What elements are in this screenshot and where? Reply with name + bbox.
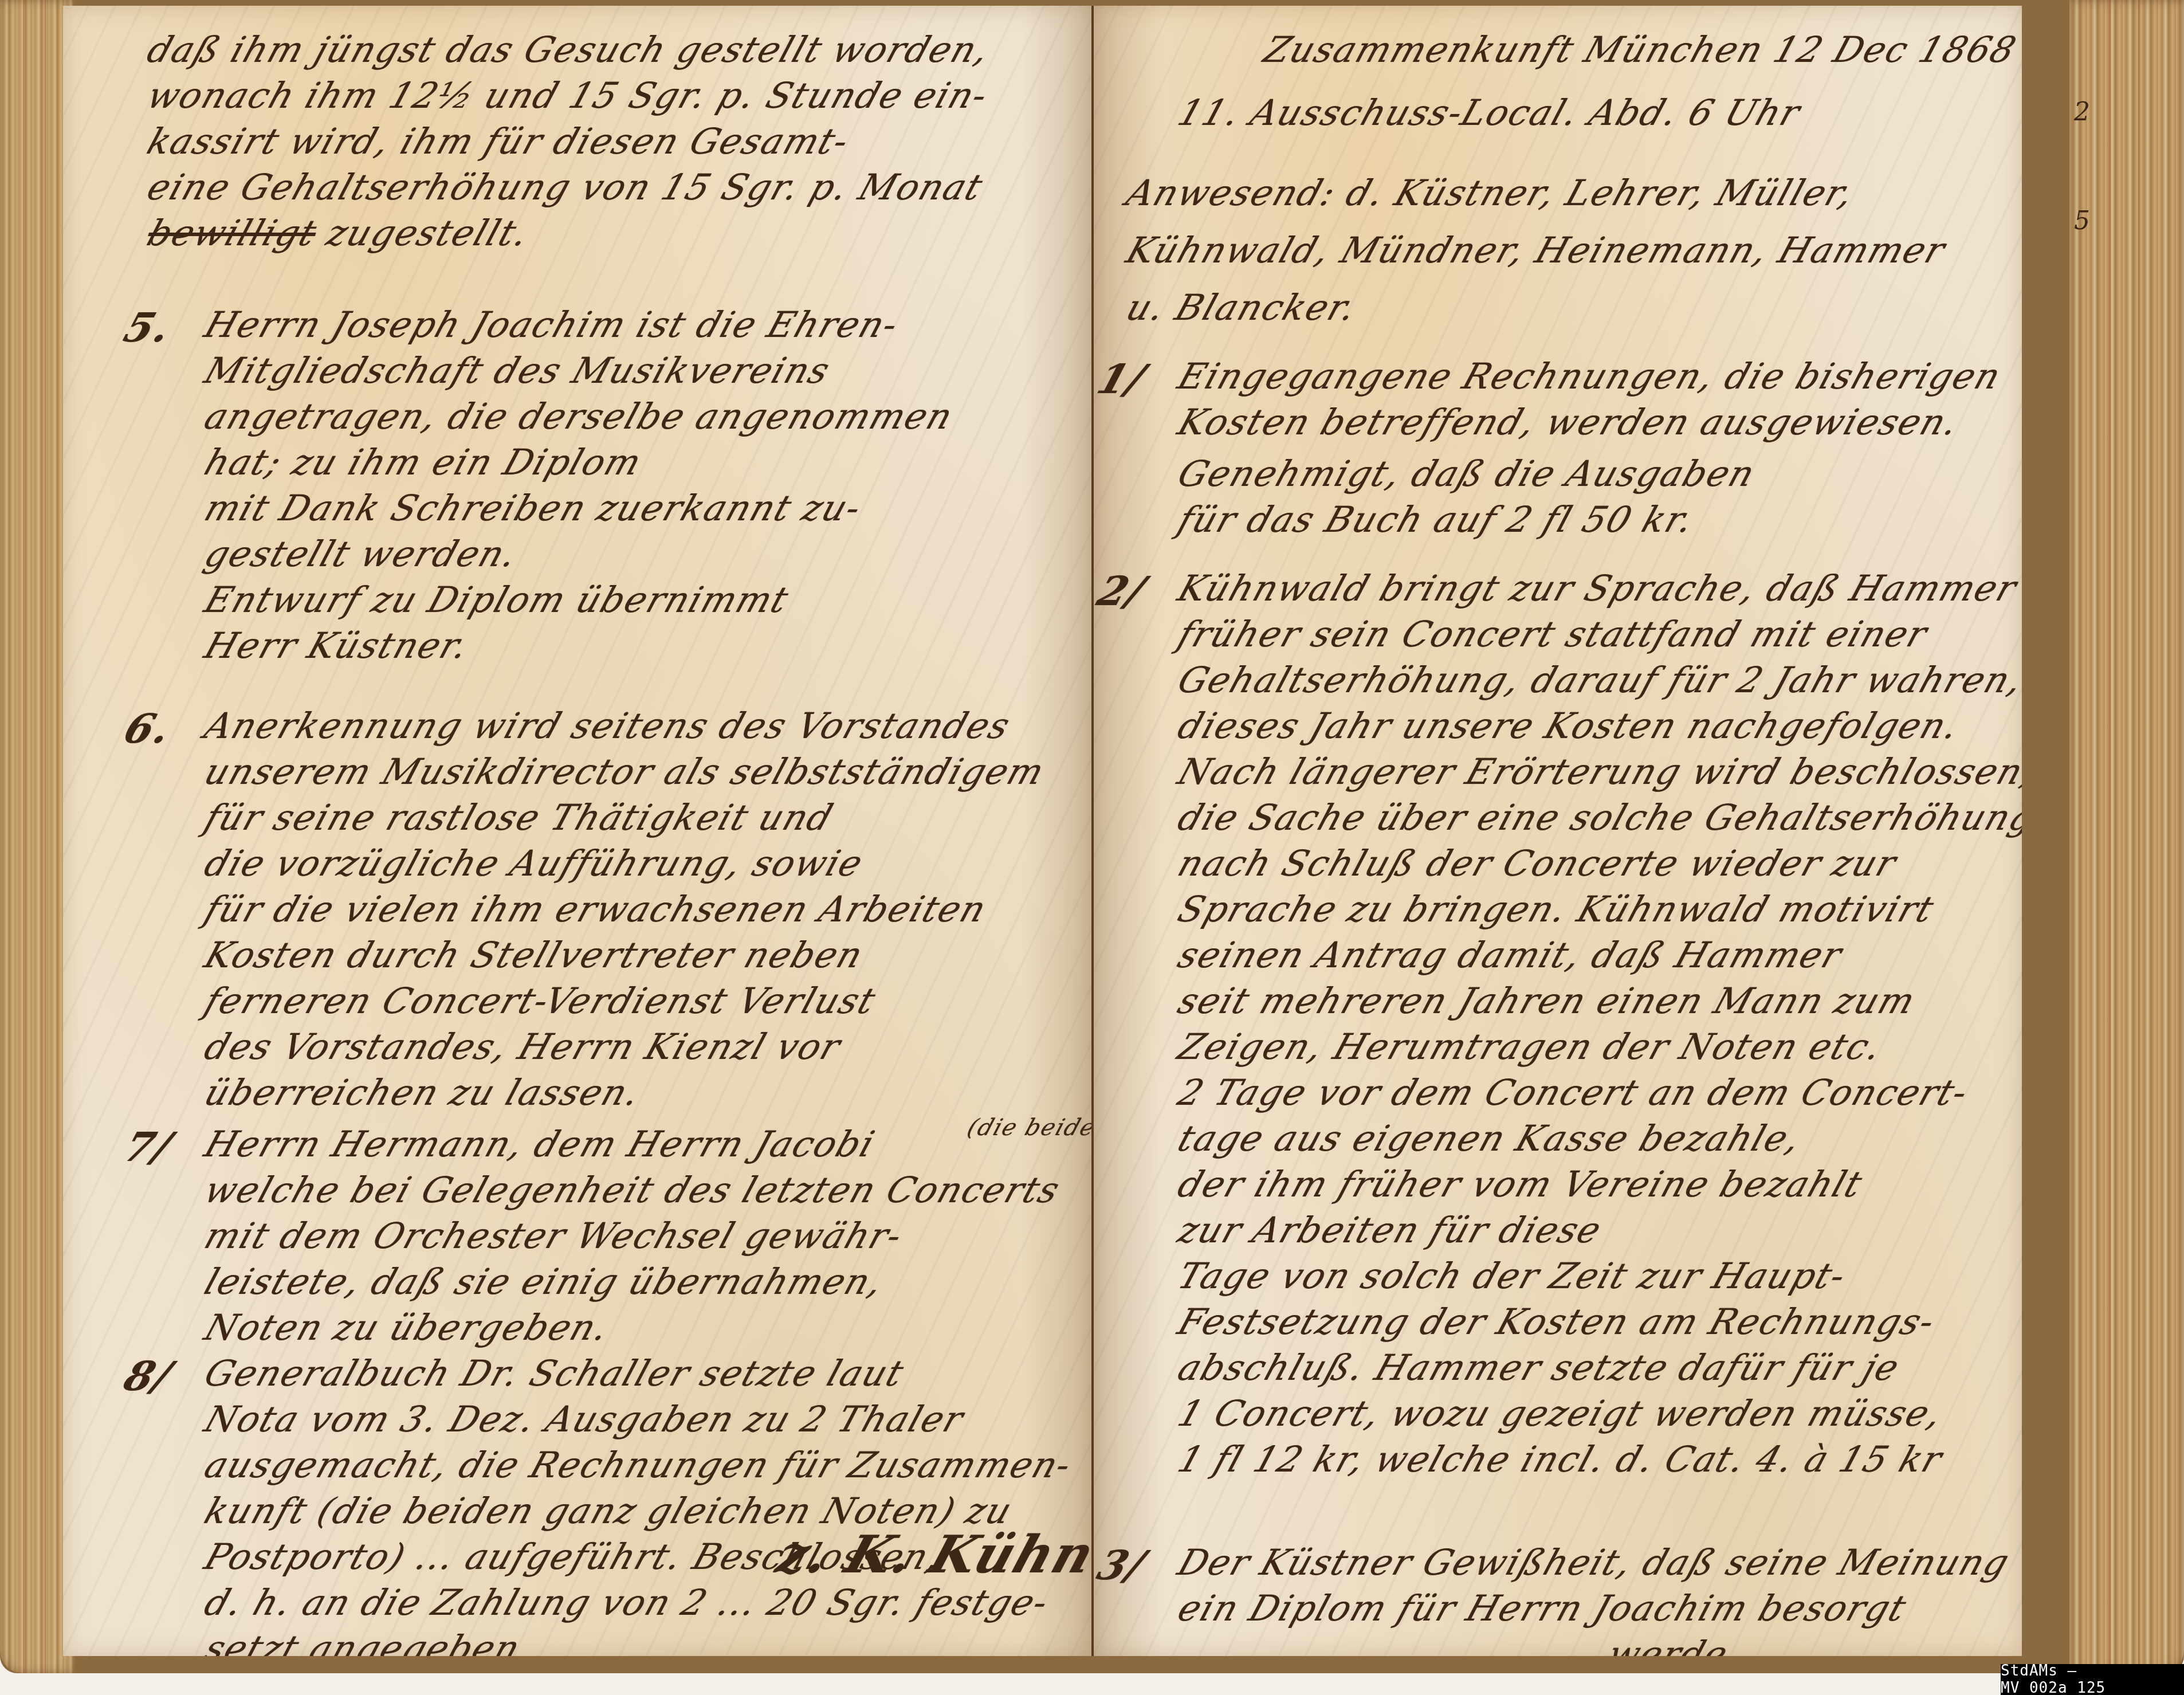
right-text-line: 1 Concert, wozu gezeigt werden müsse, [1173,1392,1949,1434]
left-text-line: wonach ihm 12½ und 15 Sgr. p. Stunde ein… [142,74,993,116]
left-page: daß ihm jüngst das Gesuch gestellt worde… [63,6,1094,1656]
right-text-line: Gehaltserhöhung, darauf für 2 Jahr wahre… [1173,659,2022,701]
right-text-line: für das Buch auf 2 fl 50 kr. [1173,499,1700,540]
right-text-line: früher sein Concert stattfand mit einer [1173,613,1933,655]
right-text-line: seit mehreren Jahren einen Mann zum [1173,980,1921,1022]
right-text-line: Sprache zu bringen. Kühnwald motivirt [1173,888,1940,930]
item-number: 6. [119,705,178,752]
left-text-line: angetragen, die derselbe angenommen [199,395,959,437]
right-text-line: der ihm früher vom Vereine bezahlt [1173,1163,1868,1205]
left-text-line: kassirt wird, ihm für diesen Gesamt- [142,120,855,162]
left-text-line: d. h. an die Zahlung von 2 ... 20 Sgr. f… [199,1582,1054,1623]
right-text-line: ein Diplom für Herrn Joachim besorgt [1173,1587,1912,1629]
right-text-line: u. Blancker. [1121,287,1362,328]
left-text-line: setzt angegeben. [199,1627,539,1656]
left-text-line: Kosten durch Stellvertreter neben [199,934,869,976]
left-text-line: gestellt werden. [199,533,523,575]
left-text-line: hat; zu ihm ein Diplom [199,441,647,483]
right-text-line: Eingegangene Rechnungen, die bisherigen [1173,355,2007,397]
item-number: 8/ [119,1352,179,1400]
left-text-line: bewilligt zugestellt. [142,212,535,254]
signature: z. K. Kühnwald [769,1524,1094,1585]
item-number: 5. [119,304,178,351]
right-page: Zusammenkunft München 12 Dec 1868 im11. … [1094,6,2022,1656]
left-text-line: mit dem Orchester Wechsel gewähr- [199,1215,908,1257]
right-text-line: Anwesend: d. Küstner, Lehrer, Müller, [1121,172,1860,214]
archive-label: StdAMs – MV_002a_125 [2001,1664,2184,1695]
right-text-line: Kühnwald, Mündner, Heinemann, Hammer [1121,229,1951,271]
left-text-line: Entwurf zu Diplom übernimmt [199,579,795,621]
left-text-line: welche bei Gelegenheit des letzten Conce… [199,1169,1066,1211]
right-text-line: 1 fl 12 kr, welche incl. d. Cat. 4. à 15… [1173,1438,1948,1480]
left-text-line: des Vorstandes, Herrn Kienzl vor [199,1026,847,1068]
right-text-line: Zusammenkunft München 12 Dec 1868 im [1259,29,2022,70]
left-text-line: für die vielen ihm erwachsenen Arbeiten [199,888,992,930]
left-text-line: leistete, daß sie einig übernahmen, [199,1261,889,1302]
left-text-line: Herrn Joseph Joachim ist die Ehren- [199,304,904,346]
right-text-line: Kosten betreffend, werden ausgewiesen. [1173,401,1965,443]
right-text-line: werde. [1602,1633,1746,1656]
left-text-line: Mitgliedschaft des Musikvereins [199,350,836,391]
right-text-line: 11. Ausschuss-Local. Abd. 6 Uhr [1173,92,1806,134]
right-text-line: Kühnwald bringt zur Sprache, daß Hammer [1173,567,2022,609]
right-text-line: nach Schluß der Concerte wieder zur [1173,842,1902,884]
right-text-line: zur Arbeiten für diese [1173,1209,1607,1251]
right-text-line: tage aus eigenen Kasse bezahle, [1173,1117,1807,1159]
right-text-line: abschluß. Hammer setzte dafür für je [1173,1347,1906,1388]
right-text-line: Zeigen, Herumtragen der Noten etc. [1173,1026,1888,1068]
left-text-line: Herr Küstner. [199,625,474,666]
open-book: 2 5 daß ihm jüngst das Gesuch gestellt w… [0,0,2184,1673]
right-text-line: Festsetzung der Kosten am Rechnungs- [1173,1301,1941,1343]
right-text-line: Genehmigt, daß die Ausgaben [1173,453,1761,495]
left-text-line: Anerkennung wird seitens des Vorstandes [199,705,1016,747]
left-text-line: Generalbuch Dr. Schaller setzte laut [199,1352,910,1394]
left-text-line: Noten zu übergeben. [199,1306,615,1348]
left-text-line: Herrn Hermann, dem Herrn Jacobi [199,1123,881,1165]
right-text-line: Der Küstner Gewißheit, daß seine Meinung [1173,1541,2015,1583]
interlinear-note: (die beiden) [964,1115,1094,1141]
left-text-line: unserem Musikdirector als selbstständige… [199,751,1050,792]
right-text-line: 2 Tage vor dem Concert an dem Concert- [1173,1072,1974,1113]
left-text-line: überreichen zu lassen. [199,1072,646,1113]
left-text-line: für seine rastlose Thätigkeit und [199,797,839,838]
left-text-line: mit Dank Schreiben zuerkannt zu- [199,487,867,529]
edge-mark: 2 [2074,97,2090,127]
edge-mark: 5 [2074,206,2090,236]
right-text-line: die Sache über eine solche Gehaltserhöhu… [1173,797,2022,838]
left-text-line: daß ihm jüngst das Gesuch gestellt worde… [142,29,996,70]
item-number: 7/ [119,1123,179,1171]
left-text-line: ausgemacht, die Rechnungen für Zusammen- [199,1444,1077,1486]
left-text-line: Nota vom 3. Dez. Ausgaben zu 2 Thaler [199,1398,969,1440]
left-text-line: die vorzügliche Aufführung, sowie [199,842,869,884]
left-text-line: ferneren Concert-Verdienst Verlust [199,980,882,1022]
right-text-line: Tage von solch der Zeit zur Haupt- [1173,1255,1852,1297]
right-page-edges: 2 5 [2069,0,2184,1673]
right-text-line: dieses Jahr unsere Kosten nachgefolgen. [1173,705,1965,747]
left-text-line: eine Gehaltserhöhung von 15 Sgr. p. Mona… [142,166,989,208]
right-text-line: Nach längerer Erörterung wird beschlosse… [1173,751,2022,792]
right-text-line: seinen Antrag damit, daß Hammer [1173,934,1848,976]
